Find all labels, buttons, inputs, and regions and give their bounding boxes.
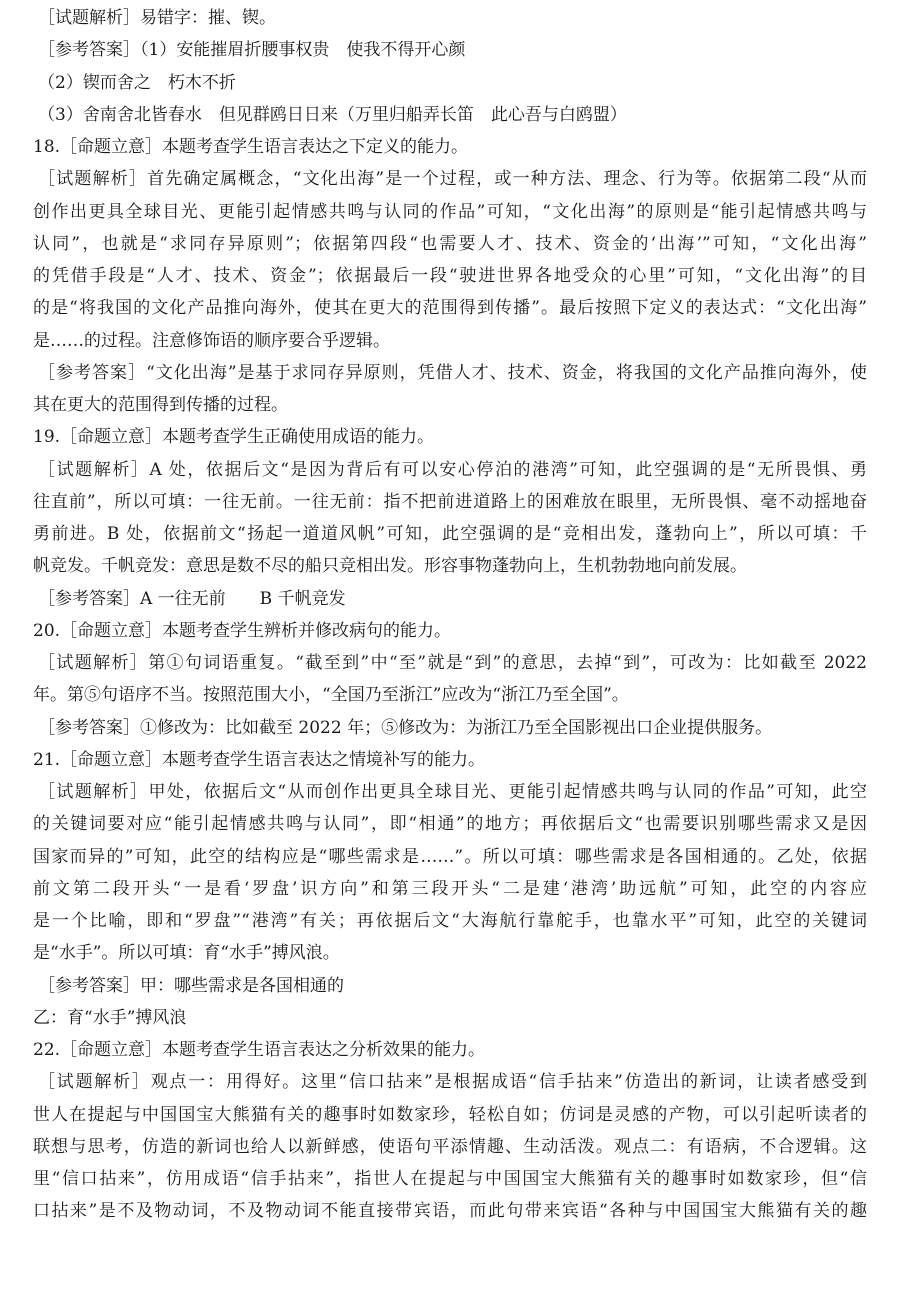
text-line: 的凭借手段是“人才、技术、资金”；依据最后一段“驶进世界各地受众的心里”可知，“…	[33, 260, 867, 292]
text-line: ［参考答案］A 一往无前 B 千帆竞发	[38, 583, 867, 615]
text-line: 口拈来”是不及物动词，不及物动词不能直接带宾语，而此句带来宾语“各种与中国国宝大…	[33, 1195, 867, 1227]
text-line: 18.［命题立意］本题考查学生语言表达之下定义的能力。	[33, 131, 867, 163]
text-line: 是……的过程。注意修饰语的顺序要合乎逻辑。	[33, 325, 867, 357]
text-line: 世人在提起与中国国宝大熊猫有关的趣事时如数家珍，轻松自如；仿词是灵感的产物，可以…	[33, 1099, 867, 1131]
text-line: 是一个比喻，即和“罗盘”“港湾”有关；再依据后文“大海航行靠舵手，也靠水平”可知…	[33, 905, 867, 937]
text-line: 乙：育“水手”搏风浪	[33, 1002, 867, 1034]
text-line: 的关键词要对应“能引起情感共鸣与认同”，即“相通”的地方；再依据后文“也需要识别…	[33, 808, 867, 840]
text-line: 20.［命题立意］本题考查学生辨析并修改病句的能力。	[33, 615, 867, 647]
text-line: 21.［命题立意］本题考查学生语言表达之情境补写的能力。	[33, 744, 867, 776]
text-line: 其在更大的范围得到传播的过程。	[33, 389, 867, 421]
document-page: ［试题解析］易错字：摧、锲。［参考答案］（1）安能摧眉折腰事权贵 使我不得开心颜…	[0, 0, 900, 1309]
text-line: ［试题解析］观点一：用得好。这里“信口拈来”是根据成语“信手拈来”仿造出的新词，…	[38, 1066, 867, 1098]
text-line: （2）锲而舍之 朽木不折	[38, 67, 867, 99]
text-line: 认同”，也就是“求同存异原则”；依据第四段“也需要人才、技术、资金的‘出海’”可…	[33, 228, 867, 260]
text-line: 往直前”，所以可填：一往无前。一往无前：指不把前进道路上的困难放在眼里，无所畏惧…	[33, 486, 867, 518]
text-line: 是“水手”。所以可填：育“水手”搏风浪。	[33, 937, 867, 969]
text-line: ［参考答案］①修改为：比如截至 2022 年；⑤修改为：为浙江乃至全国影视出口企…	[38, 712, 867, 744]
text-line: 里“信口拈来”，仿用成语“信手拈来”，指世人在提起与中国国宝大熊猫有关的趣事时如…	[33, 1163, 867, 1195]
text-line: ［参考答案］“文化出海”是基于求同存异原则，凭借人才、技术、资金，将我国的文化产…	[38, 357, 867, 389]
text-line: 19.［命题立意］本题考查学生正确使用成语的能力。	[33, 421, 867, 453]
text-line: 的是“将我国的文化产品推向海外，使其在更大的范围得到传播”。最后按照下定义的表达…	[33, 292, 867, 324]
text-line: 前文第二段开头“一是看‘罗盘’识方向”和第三段开头“二是建‘港湾’助远航”可知，…	[33, 873, 867, 905]
text-line: ［试题解析］第①句词语重复。“截至到”中“至”就是“到”的意思，去掉“到”，可改…	[38, 647, 867, 679]
text-line: 创作出更具全球目光、更能引起情感共鸣与认同的作品”可知，“文化出海”的原则是“能…	[33, 196, 867, 228]
text-line: 勇前进。B 处，依据前文“扬起一道道风帆”可知，此空强调的是“竞相出发，蓬勃向上…	[33, 518, 867, 550]
text-line: 帆竞发。千帆竞发：意思是数不尽的船只竞相出发。形容事物蓬勃向上，生机勃勃地向前发…	[33, 550, 867, 582]
text-line: ［参考答案］（1）安能摧眉折腰事权贵 使我不得开心颜	[38, 34, 867, 66]
text-line: ［试题解析］甲处，依据后文“从而创作出更具全球目光、更能引起情感共鸣与认同的作品…	[38, 776, 867, 808]
text-line: 国家而异的”可知，此空的结构应是“哪些需求是……”。所以可填：哪些需求是各国相通…	[33, 841, 867, 873]
text-line: 22.［命题立意］本题考查学生语言表达之分析效果的能力。	[33, 1034, 867, 1066]
text-line: 联想与思考，仿造的新词也给人以新鲜感，使语句平添情趣、生动活泼。观点二：有语病，…	[33, 1131, 867, 1163]
text-line: ［试题解析］易错字：摧、锲。	[38, 2, 867, 34]
text-line: ［试题解析］首先确定属概念，“文化出海”是一个过程，或一种方法、理念、行为等。依…	[38, 163, 867, 195]
text-line: （3）舍南舍北皆春水 但见群鸥日日来（万里归船弄长笛 此心吾与白鸥盟）	[38, 99, 867, 131]
text-line: 年。第⑤句语序不当。按照范围大小，“全国乃至浙江”应改为“浙江乃至全国”。	[33, 679, 867, 711]
text-line: ［参考答案］甲：哪些需求是各国相通的	[38, 970, 867, 1002]
text-line: ［试题解析］A 处，依据后文“是因为背后有可以安心停泊的港湾”可知，此空强调的是…	[38, 454, 867, 486]
